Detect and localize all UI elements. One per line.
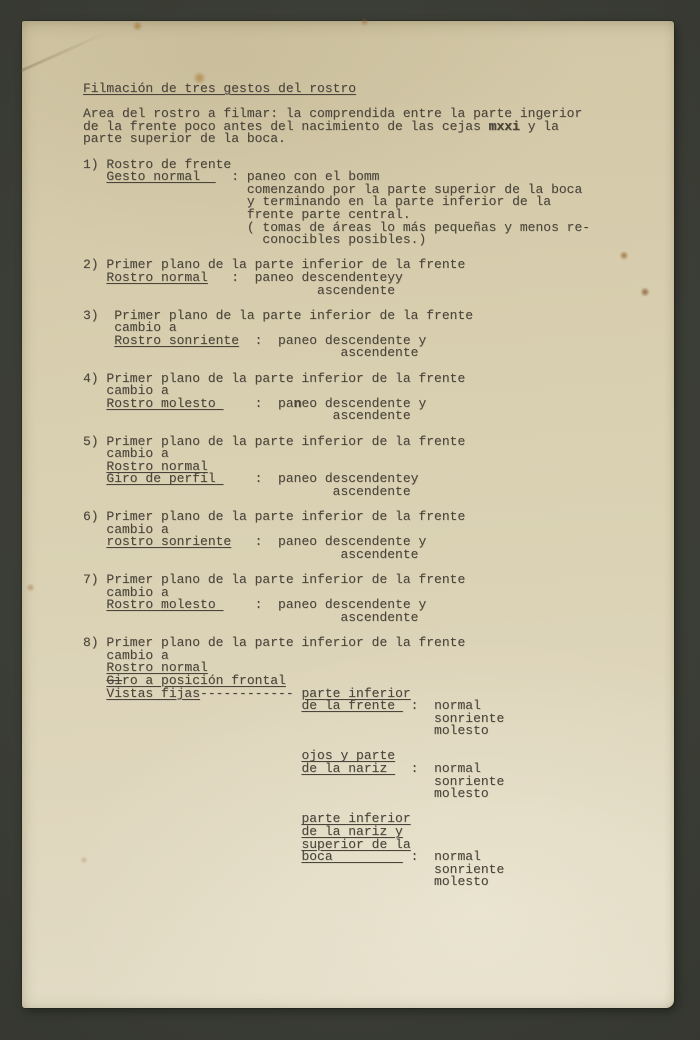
paper-stain xyxy=(360,18,369,26)
doc-line: ascendente xyxy=(83,612,643,625)
doc-line: ascendente xyxy=(83,549,643,562)
doc-text-segment: y la xyxy=(520,119,559,134)
paper-stain xyxy=(26,583,35,592)
doc-line: Filmación de tres gestos del rostro xyxy=(83,83,643,96)
doc-text-segment: ascendente xyxy=(83,283,395,298)
doc-text-segment: molesto xyxy=(83,874,489,889)
paper-crease xyxy=(20,25,122,72)
doc-text-segment: ascendente xyxy=(83,547,418,562)
doc-text-segment: mxxi xyxy=(489,119,520,134)
doc-text-segment: parte superior de la boca. xyxy=(83,131,286,146)
typewritten-text: Filmación de tres gestos del rostro Area… xyxy=(83,83,643,889)
doc-text-segment: molesto xyxy=(83,786,489,801)
doc-line: conocibles posibles.) xyxy=(83,234,643,247)
doc-line: parte superior de la boca. xyxy=(83,133,643,146)
doc-text-segment: molesto xyxy=(83,723,489,738)
doc-line: molesto xyxy=(83,725,643,738)
document-page: Filmación de tres gestos del rostro Area… xyxy=(22,21,674,1008)
doc-text-segment: conocibles posibles.) xyxy=(83,232,426,247)
doc-text-segment: ascendente xyxy=(83,345,418,360)
paper-stain xyxy=(132,21,143,31)
doc-line: ascendente xyxy=(83,410,643,423)
doc-line: ascendente xyxy=(83,285,643,298)
doc-line: molesto xyxy=(83,876,643,889)
doc-line: ascendente xyxy=(83,347,643,360)
doc-line: ascendente xyxy=(83,486,643,499)
doc-line: molesto xyxy=(83,788,643,801)
scan-background: Filmación de tres gestos del rostro Area… xyxy=(0,0,700,1040)
doc-text-segment: ascendente xyxy=(83,408,411,423)
doc-text-segment: ascendente xyxy=(83,484,411,499)
doc-text-segment: ascendente xyxy=(83,610,418,625)
doc-text-segment: Filmación de tres gestos del rostro xyxy=(83,81,356,96)
